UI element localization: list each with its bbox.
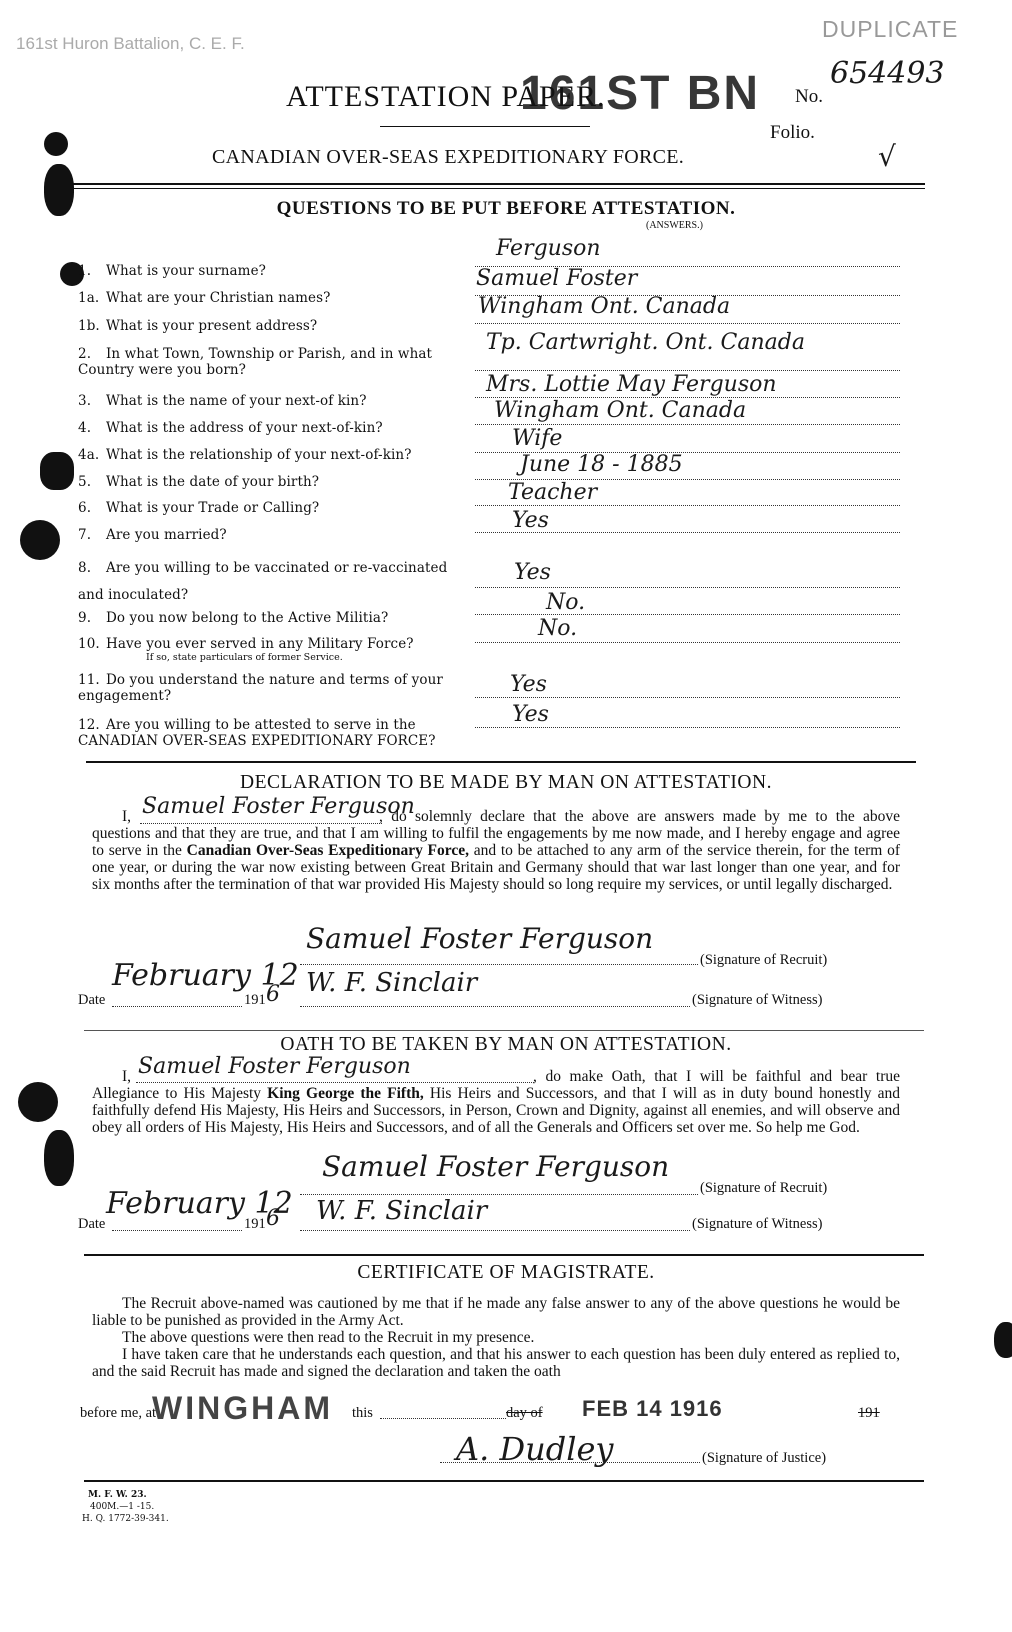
magistrate-para-1: The Recruit above-named was cautioned by… — [92, 1295, 900, 1329]
justice-signature-label: (Signature of Justice) — [702, 1450, 826, 1467]
duplicate-stamp: DUPLICATE — [822, 16, 958, 43]
answer-birth-date: June 18 - 1885 — [520, 452, 683, 477]
place-stamp: WINGHAM — [152, 1390, 333, 1427]
year-struck: 191 — [858, 1405, 880, 1422]
hq-code: H. Q. 1772-39-341. — [82, 1514, 169, 1524]
answer-line — [475, 587, 900, 588]
answer-active-militia: No. — [546, 590, 585, 615]
answer-next-of-kin: Mrs. Lottie May Ferguson — [486, 372, 777, 397]
oath-witness-signature-line — [300, 1230, 690, 1231]
answer-understand-terms: Yes — [510, 672, 547, 697]
oath-text: I,, do make Oath, that I will be faithfu… — [92, 1068, 900, 1136]
oath-year-prefix: 191 — [244, 1216, 266, 1233]
header-divider — [70, 188, 925, 189]
punch-hole — [20, 520, 60, 560]
print-run: 400M.—1 -15. — [90, 1502, 154, 1512]
answer-next-of-kin-address: Wingham Ont. Canada — [494, 398, 746, 423]
declaration-date-label: Date — [78, 992, 105, 1009]
this-label: this — [352, 1405, 373, 1422]
witness-signature-label: (Signature of Witness) — [692, 992, 822, 1009]
punch-hole — [44, 1130, 74, 1186]
oath-date-line — [112, 1230, 242, 1231]
answer-line — [475, 370, 900, 371]
question-3: 3.What is the name of your next-of kin? — [78, 393, 468, 409]
magistrate-para-3: I have taken care that he understands ea… — [92, 1346, 900, 1380]
document-subtitle: CANADIAN OVER-SEAS EXPEDITIONARY FORCE. — [212, 146, 684, 169]
justice-signature-line — [440, 1462, 700, 1463]
oath-date-label: Date — [78, 1216, 105, 1233]
magistrate-heading: CERTIFICATE OF MAGISTRATE. — [0, 1262, 1012, 1284]
answer-line — [475, 614, 900, 615]
answer-line — [475, 642, 900, 643]
oath-witness-signature: W. F. Sinclair — [316, 1196, 487, 1226]
question-9: 9.Do you now belong to the Active Militi… — [78, 610, 468, 626]
question-7: 7.Are you married? — [78, 527, 468, 543]
answer-present-address: Wingham Ont. Canada — [478, 294, 730, 319]
declaration-date-line — [112, 1006, 242, 1007]
recruit-signature-label: (Signature of Recruit) — [700, 952, 827, 969]
declaration-witness-signature: W. F. Sinclair — [306, 968, 477, 998]
witness-signature-line — [300, 1006, 690, 1007]
day-of-label: day of — [506, 1405, 543, 1422]
punch-hole — [18, 1082, 58, 1122]
day-line — [380, 1418, 506, 1419]
answer-willing-to-serve: Yes — [512, 702, 549, 727]
header-divider — [70, 183, 925, 185]
regimental-number: 654493 — [830, 56, 945, 91]
answer-vaccinated: Yes — [514, 560, 551, 585]
declaration-text: I,, do solemnly declare that the above a… — [92, 808, 900, 893]
question-6: 6.What is your Trade or Calling? — [78, 500, 468, 516]
oath-recruit-signature-line — [300, 1194, 698, 1195]
oath-witness-signature-label: (Signature of Witness) — [692, 1216, 822, 1233]
answer-christian-names: Samuel Foster — [476, 266, 637, 291]
question-12: 12.Are you willing to be attested to ser… — [78, 717, 468, 749]
question-4: 4.What is the address of your next-of-ki… — [78, 420, 468, 436]
punch-hole — [40, 452, 74, 490]
oath-year-suffix: 6 — [266, 1206, 280, 1231]
punch-hole — [994, 1322, 1012, 1358]
title-underline — [380, 126, 590, 127]
recruit-signature-line — [300, 964, 698, 965]
answer-surname: Ferguson — [496, 236, 601, 261]
answer-trade: Teacher — [508, 480, 597, 505]
question-11: 11.Do you understand the nature and term… — [78, 672, 468, 704]
question-1a: 1a.What are your Christian names? — [78, 290, 468, 306]
answers-label: (ANSWERS.) — [646, 220, 703, 231]
answer-married: Yes — [512, 508, 549, 533]
question-2: 2.In what Town, Township or Parish, and … — [78, 346, 468, 378]
question-10-note: If so, state particulars of former Servi… — [146, 652, 343, 663]
folio-label: Folio. — [770, 122, 815, 144]
section-divider — [84, 1480, 924, 1482]
answer-relationship: Wife — [512, 426, 562, 451]
date-stamp: FEB 14 1916 — [582, 1396, 723, 1422]
questions-heading: QUESTIONS TO BE PUT BEFORE ATTESTATION. — [0, 198, 1012, 220]
battalion-overstamp: 161ST BN — [520, 66, 760, 121]
section-divider — [86, 761, 916, 763]
answer-birthplace: Tp. Cartwright. Ont. Canada — [486, 330, 805, 355]
before-me-label: before me, at — [80, 1405, 156, 1422]
answer-line — [475, 727, 900, 728]
number-label: No. — [795, 86, 823, 108]
question-8: 8.Are you willing to be vaccinated or re… — [78, 555, 468, 609]
section-divider — [84, 1254, 924, 1256]
answer-line — [475, 697, 900, 698]
oath-heading: OATH TO BE TAKEN BY MAN ON ATTESTATION. — [0, 1034, 1012, 1056]
answer-military-service: No. — [538, 616, 577, 641]
check-mark: √ — [878, 140, 896, 173]
answer-line — [475, 323, 900, 324]
form-code: M. F. W. 23. — [88, 1490, 147, 1500]
battalion-stamp: 161st Huron Battalion, C. E. F. — [16, 34, 245, 54]
magistrate-para-2: The above questions were then read to th… — [92, 1329, 900, 1346]
declaration-recruit-signature: Samuel Foster Ferguson — [306, 922, 653, 955]
question-5: 5.What is the date of your birth? — [78, 474, 468, 490]
oath-recruit-signature: Samuel Foster Ferguson — [322, 1150, 669, 1183]
oath-recruit-signature-label: (Signature of Recruit) — [700, 1180, 827, 1197]
declaration-heading: DECLARATION TO BE MADE BY MAN ON ATTESTA… — [0, 772, 1012, 794]
declaration-year-suffix: 6 — [266, 982, 280, 1007]
question-10: 10.Have you ever served in any Military … — [78, 636, 468, 652]
question-1b: 1b.What is your present address? — [78, 318, 468, 334]
punch-hole — [44, 132, 68, 156]
question-1: 1.What is your surname? — [78, 263, 468, 279]
answer-line — [475, 505, 900, 506]
answer-line — [475, 424, 900, 425]
declaration-year-prefix: 191 — [244, 992, 266, 1009]
section-divider — [84, 1030, 924, 1031]
question-4a: 4a.What is the relationship of your next… — [78, 447, 468, 463]
